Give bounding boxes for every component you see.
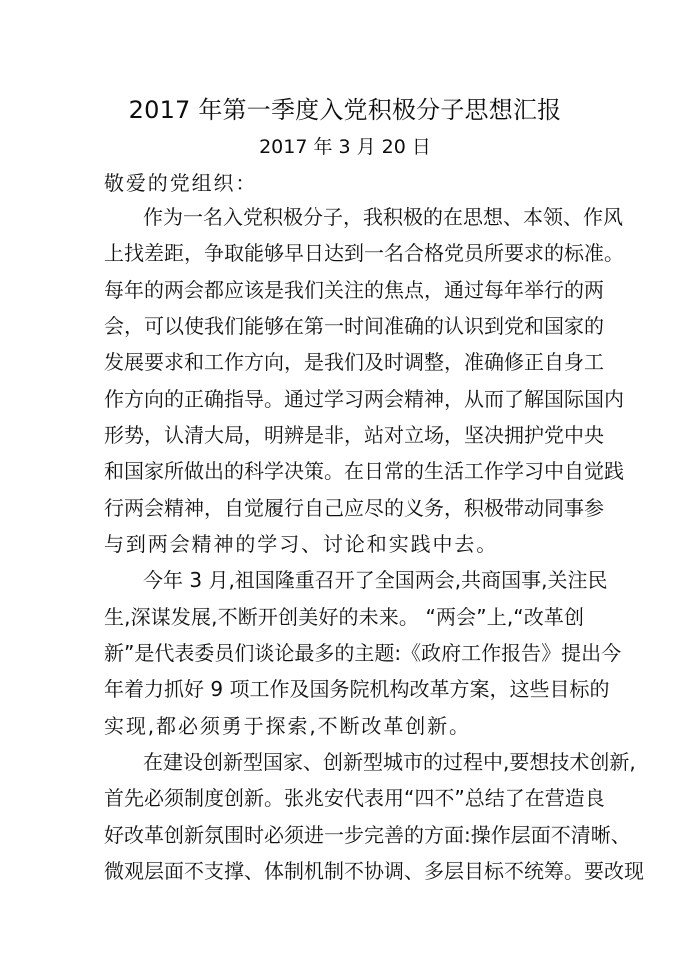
paragraph-line: 和国家所做出的科学决策。在日常的生活工作学习中自觉践 (104, 457, 584, 485)
paragraph-line: 今年 3 月,祖国隆重召开了全国两会,共商国事,关注民 (143, 566, 584, 594)
document-date: 2017 年 3 月 20 日 (0, 133, 690, 161)
paragraph-line: 生,深谋发展,不断开创美好的未来。 “两会”上,“改革创 (104, 603, 584, 631)
paragraph-line: 发展要求和工作方向，是我们及时调整，准确修正自身工 (104, 348, 584, 376)
paragraph-line: 会，可以使我们能够在第一时间准确的认识到党和国家的 (104, 312, 584, 340)
paragraph-line: 每年的两会都应该是我们关注的焦点，通过每年举行的两 (104, 276, 584, 304)
paragraph-line: 首先必须制度创新。张兆安代表用“四不”总结了在营造良 (104, 784, 584, 812)
document-title: 2017 年第一季度入党积极分子思想汇报 (0, 94, 690, 126)
paragraph-line: 好改革创新氛围时必须进一步完善的方面:操作层面不清晰、 (104, 821, 584, 849)
paragraph-line: 形势，认清大局，明辨是非，站对立场，坚决拥护党中央 (104, 421, 584, 449)
paragraph-line: 上找差距，争取能够早日达到一名合格党员所要求的标准。 (104, 239, 584, 267)
paragraph-line: 新”是代表委员们谈论最多的主题:《政府工作报告》提出今 (104, 639, 584, 667)
paragraph-line: 年着力抓好 9 项工作及国务院机构改革方案，这些目标的 (104, 675, 584, 703)
paragraph-line: 行两会精神，自觉履行自己应尽的义务，积极带动同事参 (104, 494, 584, 522)
paragraph-line: 实现,都必须勇于探索,不断改革创新。 (104, 712, 584, 740)
salutation: 敬爱的党组织： (104, 169, 584, 197)
paragraph-line: 微观层面不支撑、体制机制不协调、多层目标不统筹。要改现 (104, 857, 584, 885)
paragraph-line: 与到两会精神的学习、讨论和实践中去。 (104, 530, 584, 558)
paragraph-line: 在建设创新型国家、创新型城市的过程中,要想技术创新, (143, 748, 584, 776)
paragraph-line: 作为一名入党积极分子，我积极的在思想、本领、作风 (143, 203, 584, 231)
document-page: 2017 年第一季度入党积极分子思想汇报 2017 年 3 月 20 日 敬爱的… (0, 0, 690, 976)
paragraph-line: 作方向的正确指导。通过学习两会精神，从而了解国际国内 (104, 385, 584, 413)
